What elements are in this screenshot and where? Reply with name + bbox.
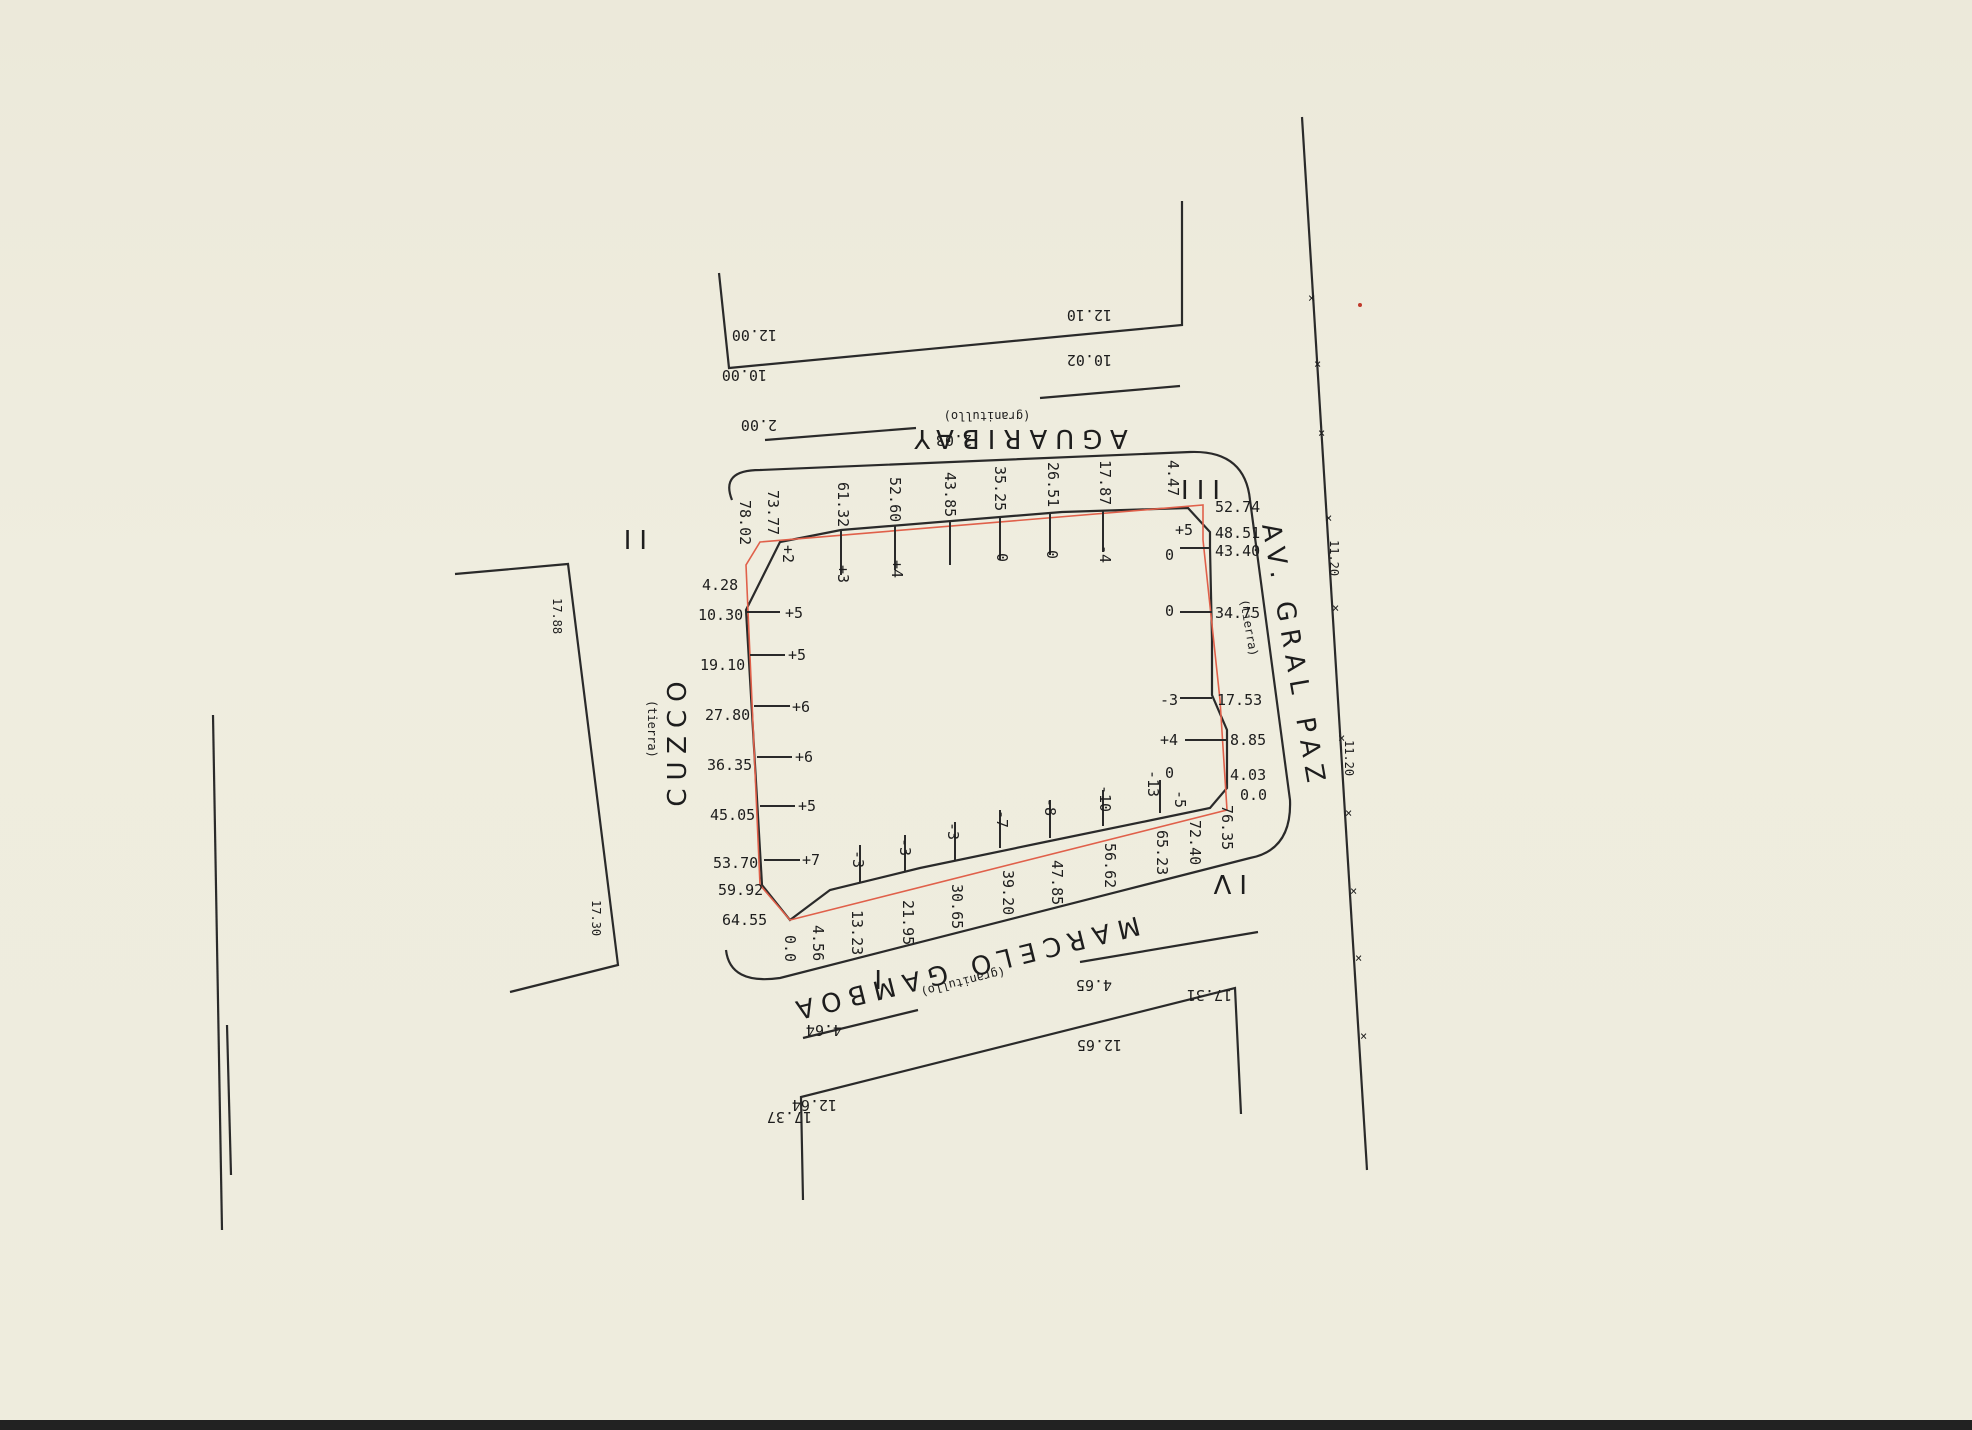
svg-text:36.35: 36.35 xyxy=(707,756,752,774)
svg-text:+2: +2 xyxy=(779,545,797,563)
svg-text:-3: -3 xyxy=(849,850,867,868)
svg-text:56.62: 56.62 xyxy=(1101,843,1119,888)
street-label-west: CUZCO xyxy=(663,673,693,806)
svg-text:+5: +5 xyxy=(785,604,803,622)
svg-text:26.51: 26.51 xyxy=(1044,462,1062,507)
svg-text:×: × xyxy=(1332,601,1339,615)
svg-text:17.53: 17.53 xyxy=(1217,691,1262,709)
width-label: 10.00 xyxy=(722,366,767,384)
svg-text:-3: -3 xyxy=(896,838,914,856)
width-label: 10.02 xyxy=(1067,351,1112,369)
svg-text:13.23: 13.23 xyxy=(848,910,866,955)
svg-text:×: × xyxy=(1355,951,1362,965)
svg-text:×: × xyxy=(1360,1029,1367,1043)
svg-text:73.77: 73.77 xyxy=(764,490,782,535)
svg-text:-8: -8 xyxy=(1041,798,1059,816)
neighbor-block-top xyxy=(719,201,1182,368)
svg-text:47.85: 47.85 xyxy=(1048,860,1066,905)
svg-text:-13: -13 xyxy=(1144,770,1162,797)
svg-text:48.51: 48.51 xyxy=(1215,524,1260,542)
svg-text:65.23: 65.23 xyxy=(1153,830,1171,875)
width-label: 12.00 xyxy=(732,326,777,344)
svg-text:0: 0 xyxy=(1165,546,1174,564)
west-distances: 4.28 10.30 19.10 27.80 36.35 45.05 53.70… xyxy=(698,576,767,929)
rail-label: 11.20 xyxy=(1342,740,1356,776)
svg-text:×: × xyxy=(1345,806,1352,820)
svg-text:0: 0 xyxy=(1165,602,1174,620)
svg-text:8.85: 8.85 xyxy=(1230,731,1266,749)
block-mark-nw: II xyxy=(616,523,647,553)
dim-line-top-1 xyxy=(765,428,916,440)
svg-text:+4: +4 xyxy=(888,560,906,578)
width-label: 2.03 xyxy=(936,431,972,449)
south-offsets: -3 -3 -3 -7 -8 -10 -13 -5 xyxy=(849,770,1189,868)
width-label: 12.65 xyxy=(1077,1036,1122,1054)
north-distances: 78.02 73.77 61.32 52.60 43.85 35.25 26.5… xyxy=(736,460,1182,545)
street-surface-north: (granitullo) xyxy=(944,409,1031,423)
neighbor-left-bottom-label: 17.30 xyxy=(589,900,603,936)
svg-text:+4: +4 xyxy=(1160,731,1178,749)
svg-text:+3: +3 xyxy=(834,565,852,583)
svg-text:78.02: 78.02 xyxy=(736,500,754,545)
svg-text:39.20: 39.20 xyxy=(999,870,1017,915)
svg-text:-3: -3 xyxy=(1160,691,1178,709)
svg-text:10.30: 10.30 xyxy=(698,606,743,624)
svg-text:-10: -10 xyxy=(1096,785,1114,812)
svg-text:21.95: 21.95 xyxy=(899,900,917,945)
svg-text:35.25: 35.25 xyxy=(991,466,1009,511)
survey-drawing: ××× ××× ×××× AGUARIBAY (granitullo) MARC… xyxy=(0,0,1972,1430)
svg-text:+5: +5 xyxy=(788,646,806,664)
svg-text:72.40: 72.40 xyxy=(1186,820,1204,865)
width-label: 17.37 xyxy=(767,1108,812,1126)
survey-sheet: ××× ××× ×××× AGUARIBAY (granitullo) MARC… xyxy=(0,0,1972,1430)
svg-text:27.80: 27.80 xyxy=(705,706,750,724)
east-offsets: +5 0 0 -3 +4 0 xyxy=(1160,521,1193,782)
svg-text:45.05: 45.05 xyxy=(710,806,755,824)
width-label: 2.00 xyxy=(741,416,777,434)
svg-text:-3: -3 xyxy=(944,822,962,840)
rail-label: 11.20 xyxy=(1327,540,1341,576)
svg-text:+6: +6 xyxy=(795,748,813,766)
svg-text:52.60: 52.60 xyxy=(886,477,904,522)
svg-text:0: 0 xyxy=(1165,764,1174,782)
block-mark-se: IV xyxy=(1206,868,1247,898)
svg-text:0.0: 0.0 xyxy=(781,935,799,962)
svg-text:76.35: 76.35 xyxy=(1218,805,1236,850)
svg-text:53.70: 53.70 xyxy=(713,854,758,872)
svg-text:30.65: 30.65 xyxy=(948,884,966,929)
south-distances: 0.0 4.56 13.23 21.95 30.65 39.20 47.85 5… xyxy=(781,805,1236,962)
svg-text:×: × xyxy=(1308,291,1315,305)
svg-text:×: × xyxy=(1325,511,1332,525)
svg-text:+7: +7 xyxy=(802,851,820,869)
svg-text:-5: -5 xyxy=(1171,790,1189,808)
svg-text:4.56: 4.56 xyxy=(809,925,827,961)
svg-text:+6: +6 xyxy=(792,698,810,716)
svg-text:64.55: 64.55 xyxy=(722,911,767,929)
svg-text:4.03: 4.03 xyxy=(1230,766,1266,784)
width-label: 12.10 xyxy=(1067,306,1112,324)
svg-text:52.74: 52.74 xyxy=(1215,498,1260,516)
svg-text:-7: -7 xyxy=(993,810,1011,828)
svg-text:17.87: 17.87 xyxy=(1096,460,1114,505)
svg-text:43.40: 43.40 xyxy=(1215,542,1260,560)
north-offsets: +2 +3 +4 0 0 -4 xyxy=(779,545,1114,583)
svg-text:43.85: 43.85 xyxy=(941,472,959,517)
svg-text:+5: +5 xyxy=(798,797,816,815)
svg-text:-4: -4 xyxy=(1096,545,1114,563)
west-offsets: +5 +5 +6 +6 +5 +7 xyxy=(785,604,820,869)
street-surface-west: (tierra) xyxy=(645,700,659,758)
svg-text:0: 0 xyxy=(993,553,1011,562)
block-mark-sw: I xyxy=(866,963,882,993)
neighbor-left-top-label: 17.88 xyxy=(550,598,564,634)
dim-line-top-2 xyxy=(1040,386,1180,398)
svg-text:×: × xyxy=(1318,426,1325,440)
rail-line xyxy=(1302,117,1367,1170)
neighbor-block-bottom xyxy=(801,988,1241,1200)
rail-markers: ××× ××× ×××× xyxy=(1308,291,1367,1043)
svg-text:×: × xyxy=(1350,884,1357,898)
scan-border xyxy=(0,1420,1972,1430)
width-label: 4.64 xyxy=(806,1021,842,1039)
svg-text:0: 0 xyxy=(1043,550,1061,559)
svg-text:59.92: 59.92 xyxy=(718,881,763,899)
far-left-line-2 xyxy=(227,1025,231,1175)
width-label: 4.65 xyxy=(1076,976,1112,994)
svg-text:×: × xyxy=(1314,357,1321,371)
street-label-east: AV. GRAL PAZ xyxy=(1255,521,1331,793)
far-left-line xyxy=(213,715,222,1230)
svg-text:0.0: 0.0 xyxy=(1240,786,1267,804)
svg-text:4.47: 4.47 xyxy=(1164,460,1182,496)
svg-text:4.28: 4.28 xyxy=(702,576,738,594)
svg-text:61.32: 61.32 xyxy=(834,482,852,527)
svg-text:19.10: 19.10 xyxy=(700,656,745,674)
width-label: 17.31 xyxy=(1187,986,1232,1004)
svg-text:34.75: 34.75 xyxy=(1215,604,1260,622)
svg-text:+5: +5 xyxy=(1175,521,1193,539)
